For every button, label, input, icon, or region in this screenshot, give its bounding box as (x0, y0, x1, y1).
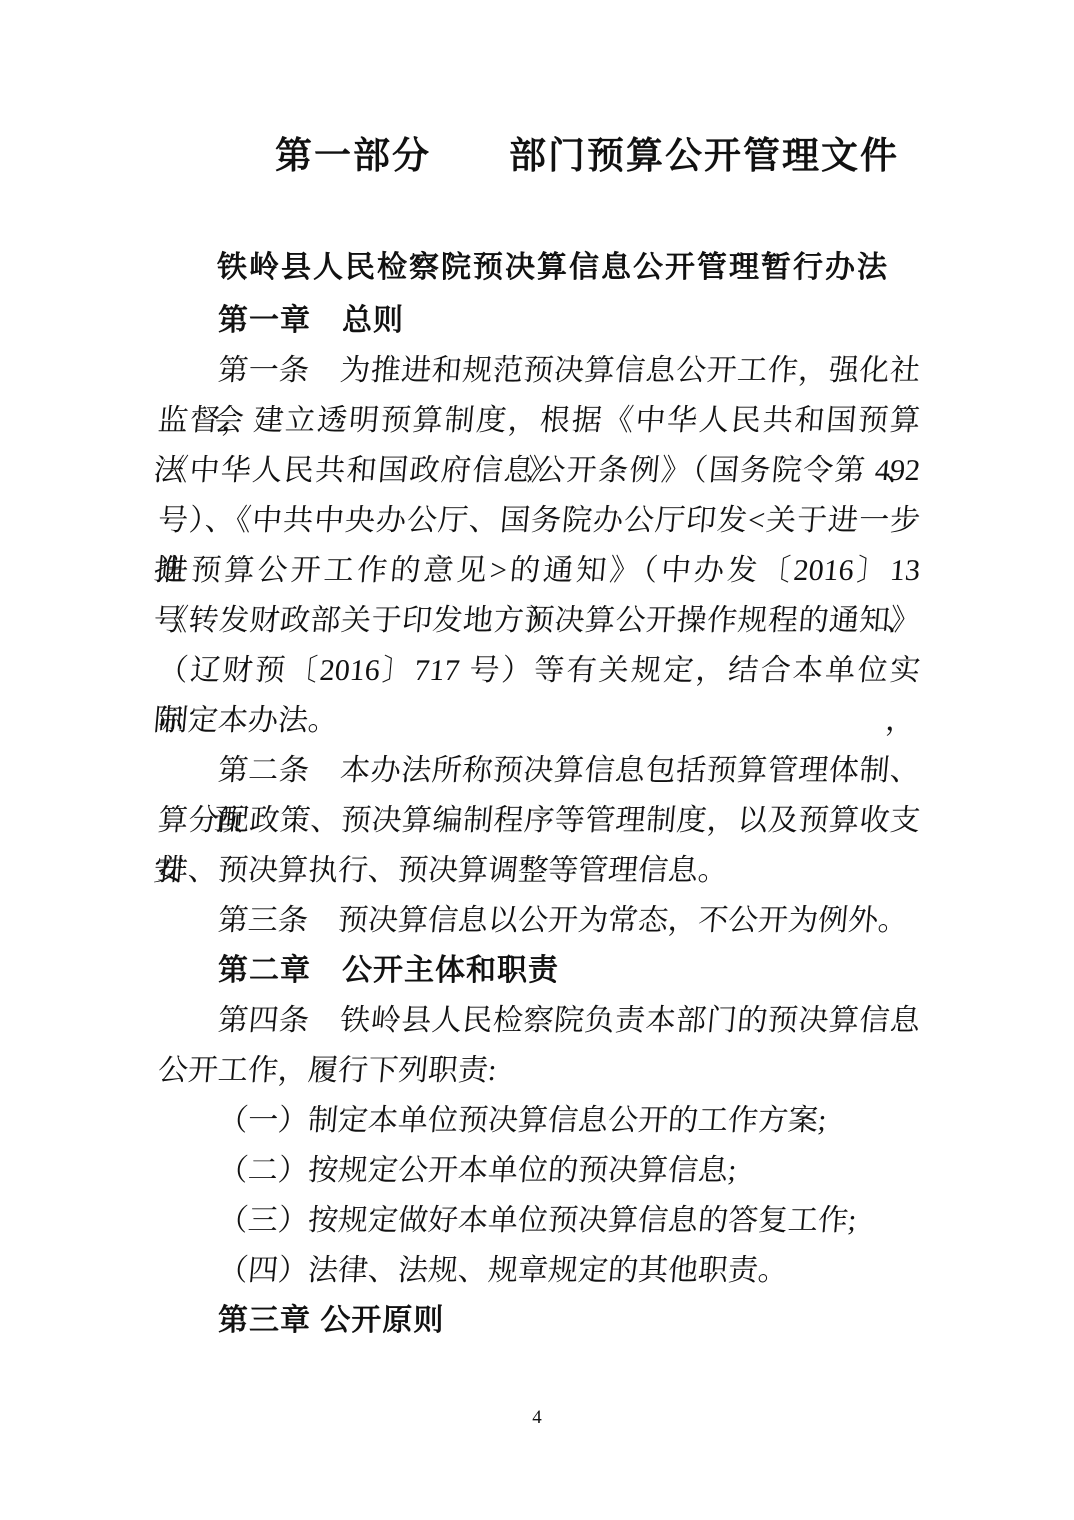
duty-list-item: （二）按规定公开本单位的预决算信息; (156, 1146, 922, 1196)
article-1-line: 制定本办法。 (156, 696, 922, 746)
document-content: 第一部分 部门预算公开管理文件 铁岭县人民检察院预决算信息公开管理暂行办法 第一… (158, 0, 920, 1346)
article-3-line: 第三条 预决算信息以公开为常态，不公开为例外。 (156, 896, 922, 946)
chapter-2-heading: 第二章 公开主体和职责 (158, 946, 920, 996)
article-2-line: 第二条 本办法所称预决算信息包括预算管理体制、预 (156, 746, 922, 796)
article-2-line: 算分配政策、预决算编制程序等管理制度，以及预算收支安 (156, 796, 922, 846)
chapter-1-heading: 第一章 总则 (158, 296, 920, 346)
chapter-3-heading: 第三章 公开原则 (158, 1296, 920, 1346)
duty-list-item: （四）法律、法规、规章规定的其他职责。 (156, 1246, 922, 1296)
article-1-line: （辽财预〔2016〕717 号）等有关规定，结合本单位实际， (156, 646, 922, 696)
article-1-line: 《转发财政部关于印发地方预决算公开操作规程的通知》 (156, 596, 922, 646)
article-1-line: 监督，建立透明预算制度，根据《中华人民共和国预算法》、 (156, 396, 922, 446)
document-title: 铁岭县人民检察院预决算信息公开管理暂行办法 (186, 250, 920, 286)
duty-list-item: （一）制定本单位预决算信息公开的工作方案; (156, 1096, 922, 1146)
document-page: 第一部分 部门预算公开管理文件 铁岭县人民检察院预决算信息公开管理暂行办法 第一… (0, 0, 1074, 1520)
part-title: 第一部分 部门预算公开管理文件 (254, 134, 920, 178)
article-4-line: 第四条 铁岭县人民检察院负责本部门的预决算信息 (156, 996, 922, 1046)
article-1-line: 号）、《中共中央办公厅、国务院办公厅印发<关于进一步推 (156, 496, 922, 546)
article-2-line: 排、预决算执行、预决算调整等管理信息。 (156, 846, 922, 896)
page-number: 4 (0, 1406, 1074, 1430)
article-1-line: 第一条 为推进和规范预决算信息公开工作，强化社会 (156, 346, 922, 396)
duty-list-item: （三）按规定做好本单位预决算信息的答复工作; (156, 1196, 922, 1246)
article-1-line: 《中华人民共和国政府信息公开条例》（国务院令第 492 (156, 446, 922, 496)
article-1-line: 进预算公开工作的意见>的通知》（中办发〔2016〕13 号）、 (156, 546, 922, 596)
document-body: 第一章 总则 第一条 为推进和规范预决算信息公开工作，强化社会 监督，建立透明预… (158, 296, 920, 1346)
article-4-line: 公开工作，履行下列职责: (156, 1046, 922, 1096)
